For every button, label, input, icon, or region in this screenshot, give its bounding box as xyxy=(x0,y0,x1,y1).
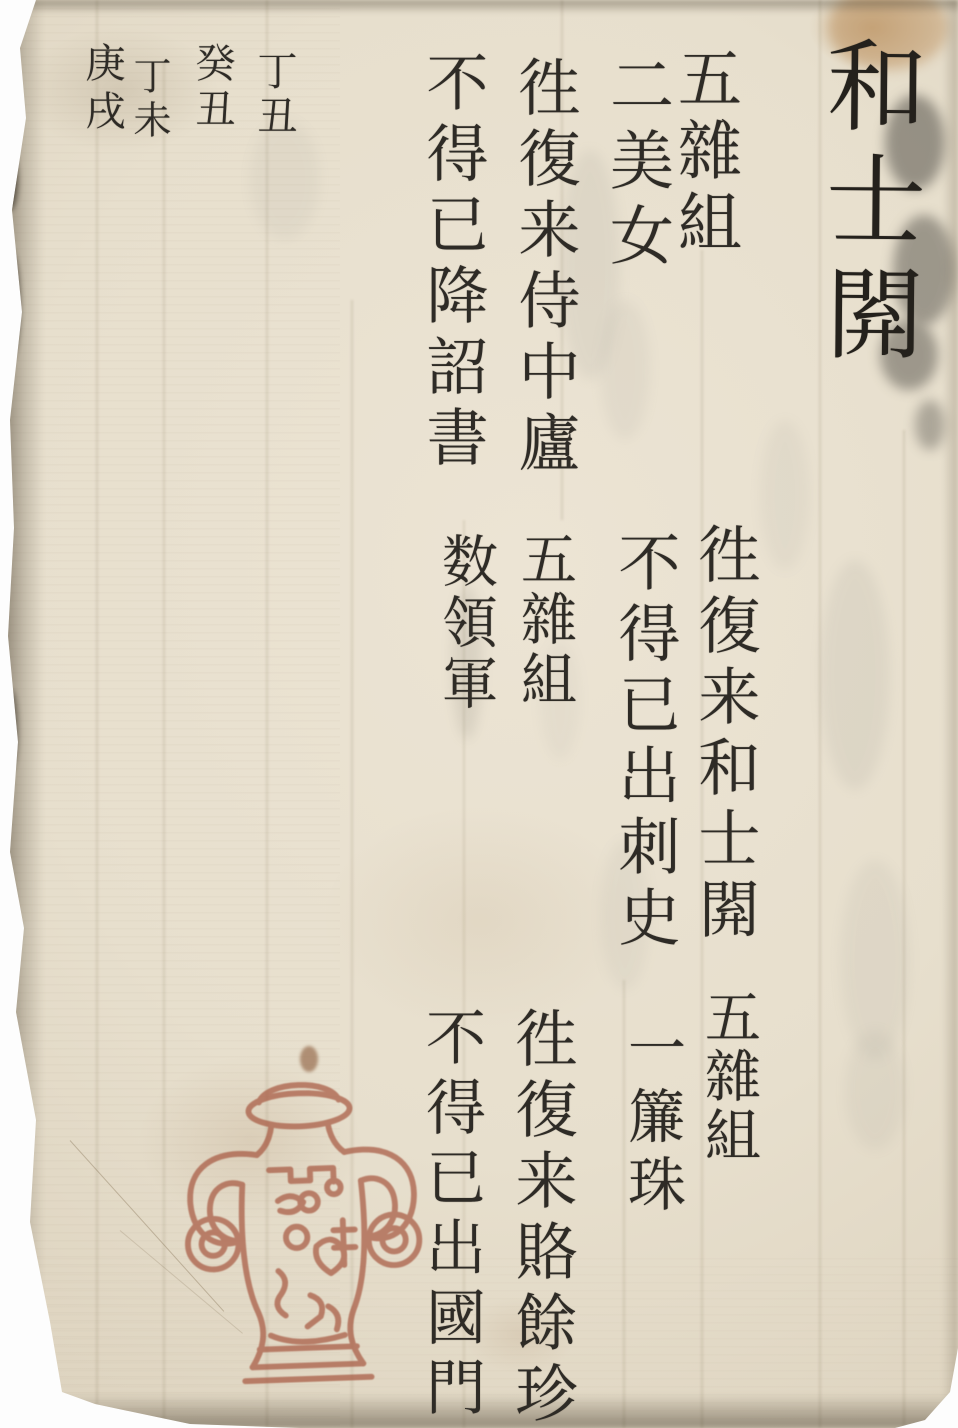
poem-3-line-2-column: 一簾珠 xyxy=(610,1018,694,1222)
paper-edge-shadow xyxy=(942,0,958,1428)
fold-crease xyxy=(95,0,99,1428)
date-column-1: 丁丑 xyxy=(246,50,303,140)
title-column: 和士閞 xyxy=(794,33,941,376)
paper-edge-shadow xyxy=(0,0,958,14)
poem-3-line-1-column: 五雜組 xyxy=(688,988,768,1165)
poem-1-line-4-column: 不得已降詔書 xyxy=(408,50,497,476)
edge-ink-blot xyxy=(0,250,20,360)
poem-1-line-3-column: 徃復来侍中廬 xyxy=(500,55,589,481)
poem-3-line-3-column: 徃復来賂餘珍 xyxy=(497,1006,586,1428)
edge-ink-blot xyxy=(6,1330,36,1380)
edge-ink-blot xyxy=(2,880,14,930)
manuscript-photo: 和士閞 丁丑 癸丑 丁未 庚戌 五雜組 二美女 徃復来侍中廬 不得已降詔書 徃復… xyxy=(0,0,958,1428)
manuscript-page: 和士閞 丁丑 癸丑 丁未 庚戌 五雜組 二美女 徃復来侍中廬 不得已降詔書 徃復… xyxy=(0,0,958,1428)
poem-1-line-2-column: 二美女 xyxy=(590,52,682,277)
paper-edge-shadow xyxy=(0,0,44,1428)
poem-2-line-2-column: 数領軍 xyxy=(425,532,505,715)
ink-bleedthrough xyxy=(600,300,650,440)
red-seal-stamp-vase-icon xyxy=(156,1051,450,1397)
poem-2-line-1-column: 五雜組 xyxy=(504,530,584,710)
ink-bleedthrough xyxy=(845,1030,905,1150)
ink-bleedthrough xyxy=(820,560,890,790)
ink-smudge xyxy=(915,400,945,450)
poem-2-line-3-column: 徃復来和士閞 xyxy=(680,522,769,948)
date-column-2: 癸丑 xyxy=(184,42,241,134)
date-column-4: 庚戌 xyxy=(74,42,131,138)
poem-2-line-4-column: 不得已出刺史 xyxy=(600,530,689,956)
